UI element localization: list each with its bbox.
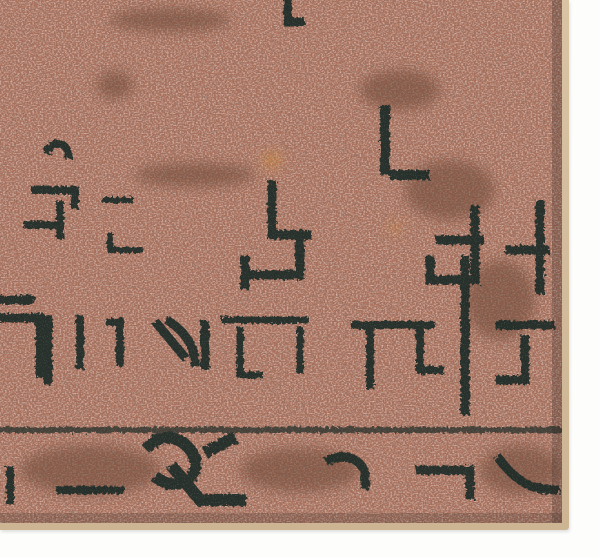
rug-texture — [0, 0, 562, 523]
rug-surface — [0, 0, 562, 523]
rug-photo: Corner of a distressed vintage-style are… — [0, 0, 600, 558]
